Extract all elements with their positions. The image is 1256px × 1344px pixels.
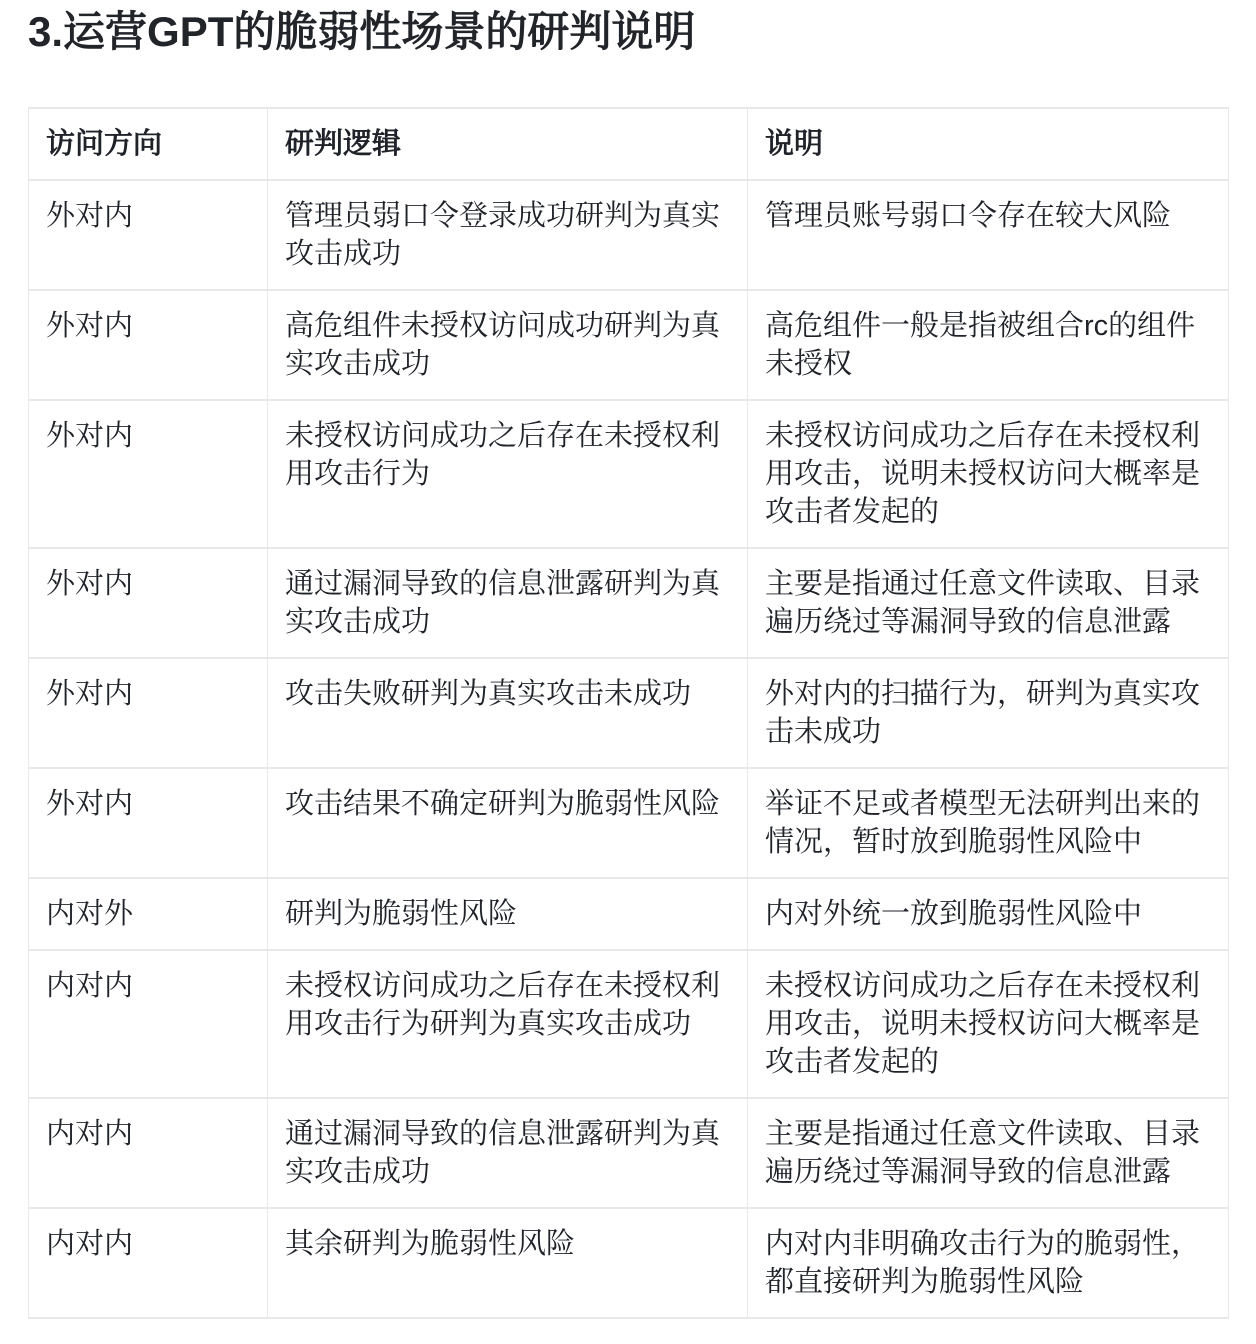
cell-direction: 外对内 <box>29 549 268 659</box>
cell-logic: 研判为脆弱性风险 <box>268 879 748 951</box>
table-row: 外对内 高危组件未授权访问成功研判为真实攻击成功 高危组件一般是指被组合rc的组… <box>29 291 1228 401</box>
cell-logic: 高危组件未授权访问成功研判为真实攻击成功 <box>268 291 748 401</box>
table-row: 外对内 通过漏洞导致的信息泄露研判为真实攻击成功 主要是指通过任意文件读取、目录… <box>29 549 1228 659</box>
cell-direction: 外对内 <box>29 659 268 769</box>
cell-direction: 内对内 <box>29 1099 268 1209</box>
cell-logic: 攻击结果不确定研判为脆弱性风险 <box>268 769 748 879</box>
cell-note: 主要是指通过任意文件读取、目录遍历绕过等漏洞导致的信息泄露 <box>748 1099 1228 1209</box>
cell-note: 内对外统一放到脆弱性风险中 <box>748 879 1228 951</box>
table-row: 外对内 未授权访问成功之后存在未授权利用攻击行为 未授权访问成功之后存在未授权利… <box>29 401 1228 549</box>
cell-direction: 外对内 <box>29 769 268 879</box>
column-header-direction: 访问方向 <box>29 109 268 181</box>
table-row: 外对内 攻击结果不确定研判为脆弱性风险 举证不足或者模型无法研判出来的情况，暂时… <box>29 769 1228 879</box>
table-row: 外对内 管理员弱口令登录成功研判为真实攻击成功 管理员账号弱口令存在较大风险 <box>29 181 1228 291</box>
page-title: 3.运营GPT的脆弱性场景的研判说明 <box>28 6 1229 57</box>
cell-logic: 其余研判为脆弱性风险 <box>268 1209 748 1317</box>
cell-logic: 通过漏洞导致的信息泄露研判为真实攻击成功 <box>268 1099 748 1209</box>
cell-note: 未授权访问成功之后存在未授权利用攻击，说明未授权访问大概率是攻击者发起的 <box>748 401 1228 549</box>
cell-logic: 通过漏洞导致的信息泄露研判为真实攻击成功 <box>268 549 748 659</box>
cell-logic: 攻击失败研判为真实攻击未成功 <box>268 659 748 769</box>
cell-logic: 管理员弱口令登录成功研判为真实攻击成功 <box>268 181 748 291</box>
cell-note: 管理员账号弱口令存在较大风险 <box>748 181 1228 291</box>
cell-logic: 未授权访问成功之后存在未授权利用攻击行为研判为真实攻击成功 <box>268 951 748 1099</box>
cell-direction: 内对内 <box>29 1209 268 1317</box>
cell-direction: 外对内 <box>29 291 268 401</box>
table-row: 外对内 攻击失败研判为真实攻击未成功 外对内的扫描行为，研判为真实攻击未成功 <box>29 659 1228 769</box>
table-row: 内对内 未授权访问成功之后存在未授权利用攻击行为研判为真实攻击成功 未授权访问成… <box>29 951 1228 1099</box>
table-row: 内对内 其余研判为脆弱性风险 内对内非明确攻击行为的脆弱性，都直接研判为脆弱性风… <box>29 1209 1228 1317</box>
cell-note: 外对内的扫描行为，研判为真实攻击未成功 <box>748 659 1228 769</box>
cell-note: 未授权访问成功之后存在未授权利用攻击，说明未授权访问大概率是攻击者发起的 <box>748 951 1228 1099</box>
cell-note: 高危组件一般是指被组合rc的组件未授权 <box>748 291 1228 401</box>
table-row: 内对内 通过漏洞导致的信息泄露研判为真实攻击成功 主要是指通过任意文件读取、目录… <box>29 1099 1228 1209</box>
cell-note: 主要是指通过任意文件读取、目录遍历绕过等漏洞导致的信息泄露 <box>748 549 1228 659</box>
column-header-note: 说明 <box>748 109 1228 181</box>
cell-note: 内对内非明确攻击行为的脆弱性，都直接研判为脆弱性风险 <box>748 1209 1228 1317</box>
cell-direction: 外对内 <box>29 401 268 549</box>
table-header-row: 访问方向 研判逻辑 说明 <box>29 109 1228 181</box>
cell-logic: 未授权访问成功之后存在未授权利用攻击行为 <box>268 401 748 549</box>
cell-direction: 内对内 <box>29 951 268 1099</box>
cell-note: 举证不足或者模型无法研判出来的情况，暂时放到脆弱性风险中 <box>748 769 1228 879</box>
column-header-logic: 研判逻辑 <box>268 109 748 181</box>
table-row: 内对外 研判为脆弱性风险 内对外统一放到脆弱性风险中 <box>29 879 1228 951</box>
cell-direction: 外对内 <box>29 181 268 291</box>
judgment-table: 访问方向 研判逻辑 说明 外对内 管理员弱口令登录成功研判为真实攻击成功 管理员… <box>28 107 1229 1319</box>
cell-direction: 内对外 <box>29 879 268 951</box>
